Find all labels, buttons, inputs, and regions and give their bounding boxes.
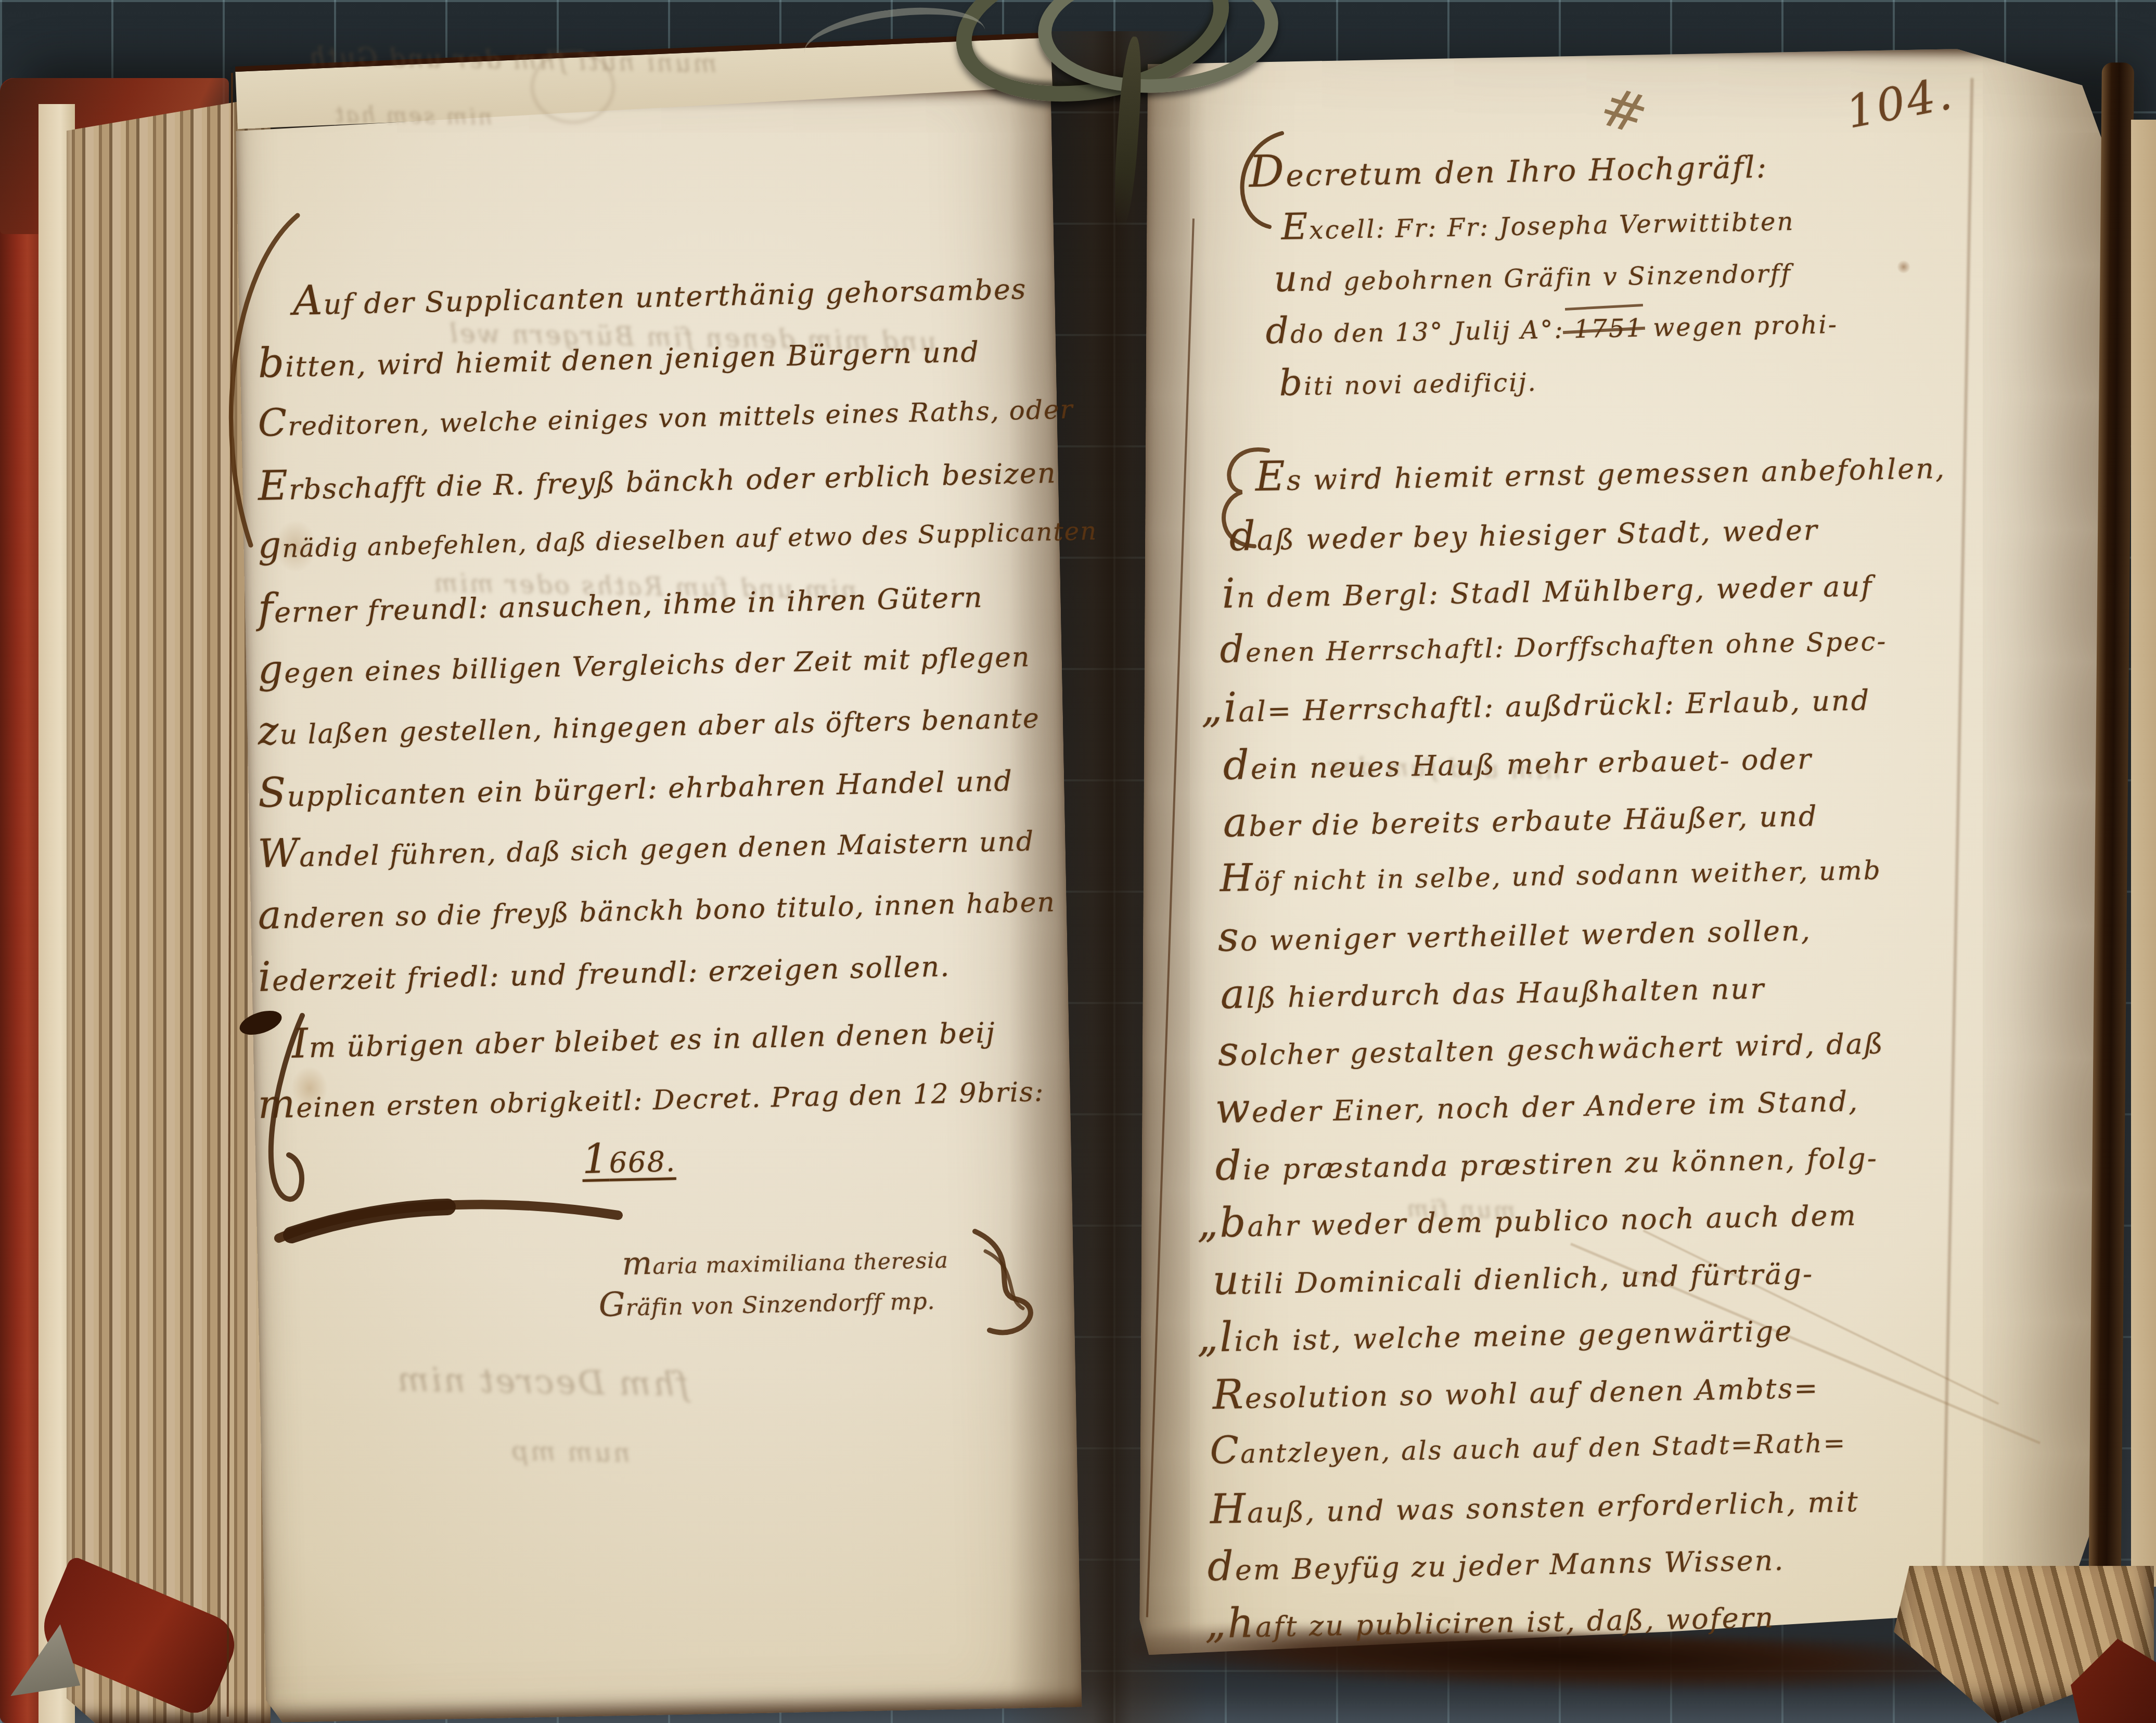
flourish-stroke xyxy=(271,1015,302,1199)
flourish-stroke xyxy=(291,1207,447,1235)
initial-flourish-right-heading xyxy=(1217,125,1301,239)
flourish-stroke xyxy=(975,1231,1031,1332)
gutter-shadow xyxy=(1009,31,1207,1723)
manuscript-line: 1668. xyxy=(582,1137,676,1180)
flourish-stroke xyxy=(1242,133,1282,227)
signature-swoosh xyxy=(271,1187,635,1260)
ink-blot xyxy=(237,1006,285,1039)
initial-flourish-left-paragraph1 xyxy=(209,208,313,562)
signature-paraph xyxy=(957,1220,1061,1350)
ghost-text-line: fhm Decret nim xyxy=(395,1360,689,1404)
manuscript-line: biti novi aedificij. xyxy=(1279,361,1537,402)
ghost-text-line: num mp xyxy=(510,1436,631,1468)
paper-spot xyxy=(1897,260,1910,274)
manuscript-photo: muni nuti fhm der und Guthnim sem hatund… xyxy=(0,0,2156,1723)
ghost-text-line: nim sem hat xyxy=(333,101,493,130)
initial-flourish-right-body xyxy=(1204,437,1282,557)
flourish-stroke xyxy=(231,215,298,545)
manuscript-line: Decretum den Ihro Hochgräfl: xyxy=(1249,140,1768,194)
flourish-stroke xyxy=(1224,449,1268,546)
fore-edge-page-sliver xyxy=(2131,120,2156,1587)
